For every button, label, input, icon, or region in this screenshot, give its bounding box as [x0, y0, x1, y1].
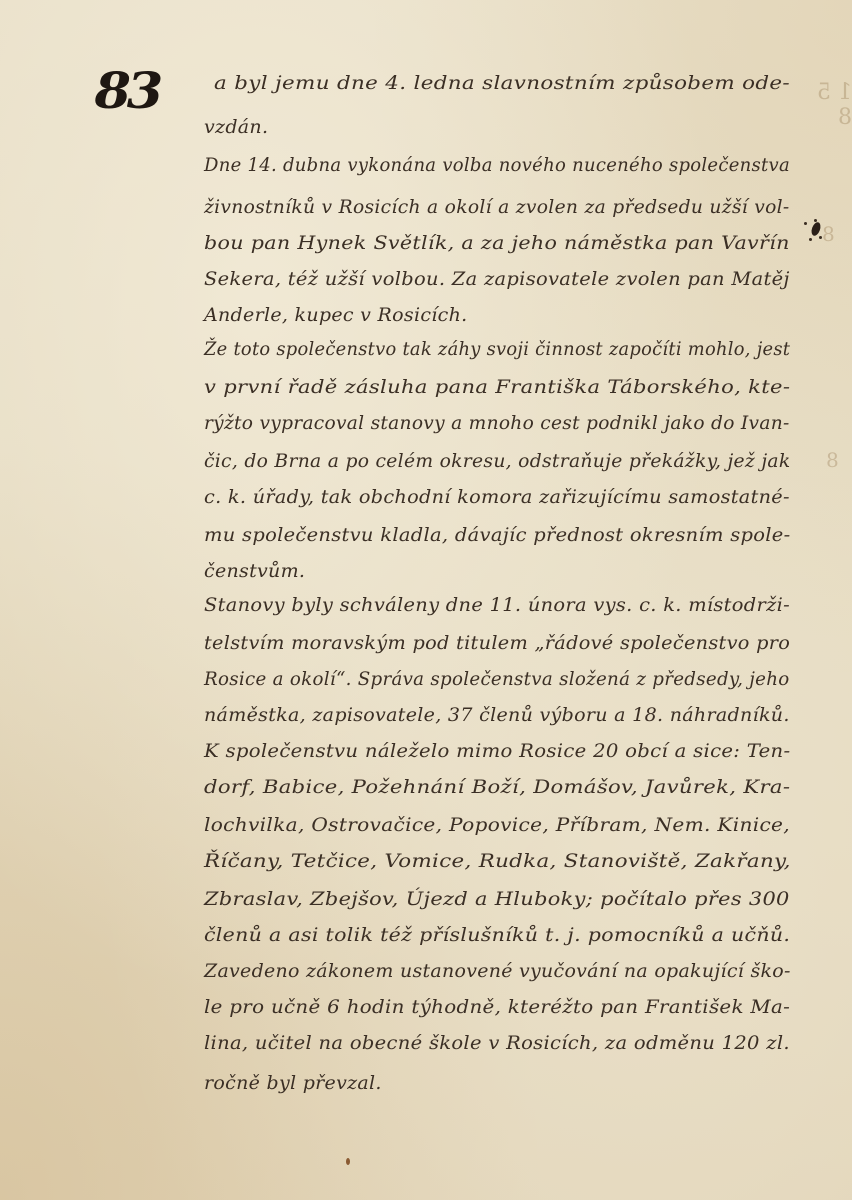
text-line: Zbraslav, Zbejšov, Újezd a Hluboky; počí… — [204, 888, 790, 910]
text-line: Zavedeno zákonem ustanovené vyučování na… — [204, 960, 791, 982]
text-line: a byl jemu dne 4. ledna slavnostním způs… — [214, 72, 790, 94]
text-line: bou pan Hynek Světlík, a za jeho náměstk… — [204, 232, 790, 254]
text-line: dorf, Babice, Požehnání Boží, Domášov, J… — [204, 776, 790, 798]
text-line: Rosice a okolí“. Správa společenstva slo… — [204, 668, 790, 690]
text-line: Anderle, kupec v Rosicích. — [204, 304, 467, 326]
text-line: živnostníků v Rosicích a okolí a zvolen … — [204, 196, 789, 218]
text-line: c. k. úřady, tak obchodní komora zařizuj… — [204, 486, 790, 508]
ink-dot — [819, 236, 822, 239]
ink-dot — [804, 222, 807, 225]
text-line: Dne 14. dubna vykonána volba nového nuce… — [204, 154, 790, 176]
text-line: členů a asi tolik též příslušníků t. j. … — [204, 924, 790, 946]
ink-blot-mark — [810, 221, 822, 237]
bleed-through-mark: 1 5 8 — [800, 80, 852, 130]
text-line: vzdán. — [204, 116, 268, 138]
text-line: čic, do Brna a po celém okresu, odstraňu… — [204, 450, 791, 472]
text-line: le pro učně 6 hodin týhodně, kteréžto pa… — [204, 996, 790, 1018]
text-line: Stanovy byly schváleny dne 11. února vys… — [204, 594, 790, 616]
text-line: náměstka, zapisovatele, 37 členů výboru … — [204, 704, 790, 726]
paper-stain — [346, 1158, 350, 1165]
bleed-through-mark: 8 — [822, 222, 835, 246]
text-line: Říčany, Tetčice, Vomice, Rudka, Stanoviš… — [204, 850, 791, 872]
text-line: rýžto vypracoval stanovy a mnoho cest po… — [204, 412, 790, 434]
ink-dot — [814, 219, 817, 222]
ink-dot — [809, 238, 812, 241]
text-line: K společenstvu náleželo mimo Rosice 20 o… — [204, 740, 790, 762]
text-line: čenstvům. — [204, 560, 305, 582]
bleed-through-mark: 8 — [826, 448, 839, 472]
text-line: Sekera, též užší volbou. Za zapisovatele… — [204, 268, 790, 290]
manuscript-page: 83 a byl jemu dne 4. ledna slavnostním z… — [0, 0, 852, 1200]
text-line: v první řadě zásluha pana Františka Tábo… — [204, 376, 790, 398]
text-line: Že toto společenstvo tak záhy svoji činn… — [204, 338, 790, 360]
text-line: telstvím moravským pod titulem „řádové s… — [204, 632, 790, 654]
page-number: 83 — [94, 66, 159, 116]
text-line: ročně byl převzal. — [204, 1072, 382, 1094]
text-line: lina, učitel na obecné škole v Rosicích,… — [204, 1032, 790, 1054]
text-line: lochvilka, Ostrovačice, Popovice, Příbra… — [204, 814, 790, 836]
text-line: mu společenstvu kladla, dávajíc přednost… — [204, 524, 790, 546]
